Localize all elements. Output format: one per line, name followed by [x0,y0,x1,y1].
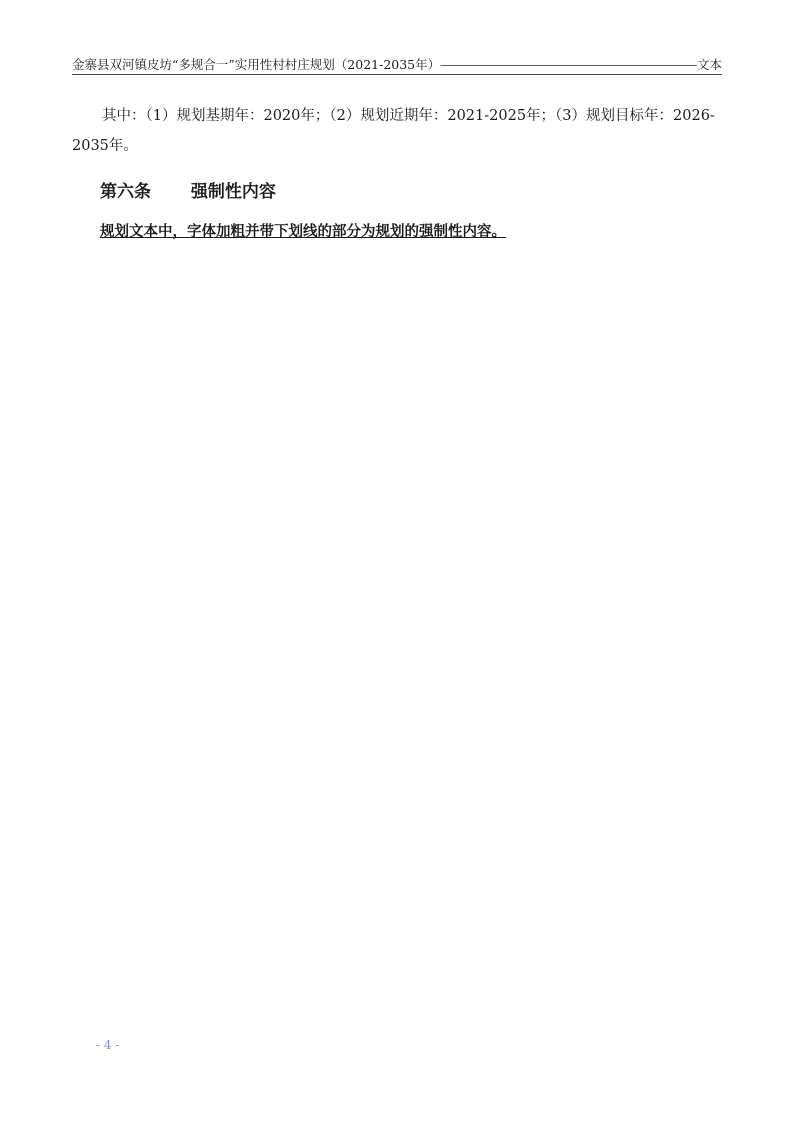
article-heading: 第六条 强制性内容 [100,177,276,202]
page-number: - 4 - [96,1038,119,1052]
header-section-label: 文本 [697,56,722,74]
mandatory-content-note: 规划文本中，字体加粗并带下划线的部分为规划的强制性内容。 [100,220,506,241]
header-dash-rule: ———————————————————————————————— [440,56,697,74]
article-title: 强制性内容 [191,182,276,202]
planning-period-paragraph: 其中：（1）规划基期年：2020年；（2）规划近期年：2021-2025年；（3… [72,101,722,161]
article-number: 第六条 [100,182,151,202]
page-header: 金寨县双河镇皮坊“多规合一”实用性村村庄规划（2021-2035年） —————… [72,56,722,75]
header-title: 金寨县双河镇皮坊“多规合一”实用性村村庄规划（2021-2035年） [72,56,440,74]
